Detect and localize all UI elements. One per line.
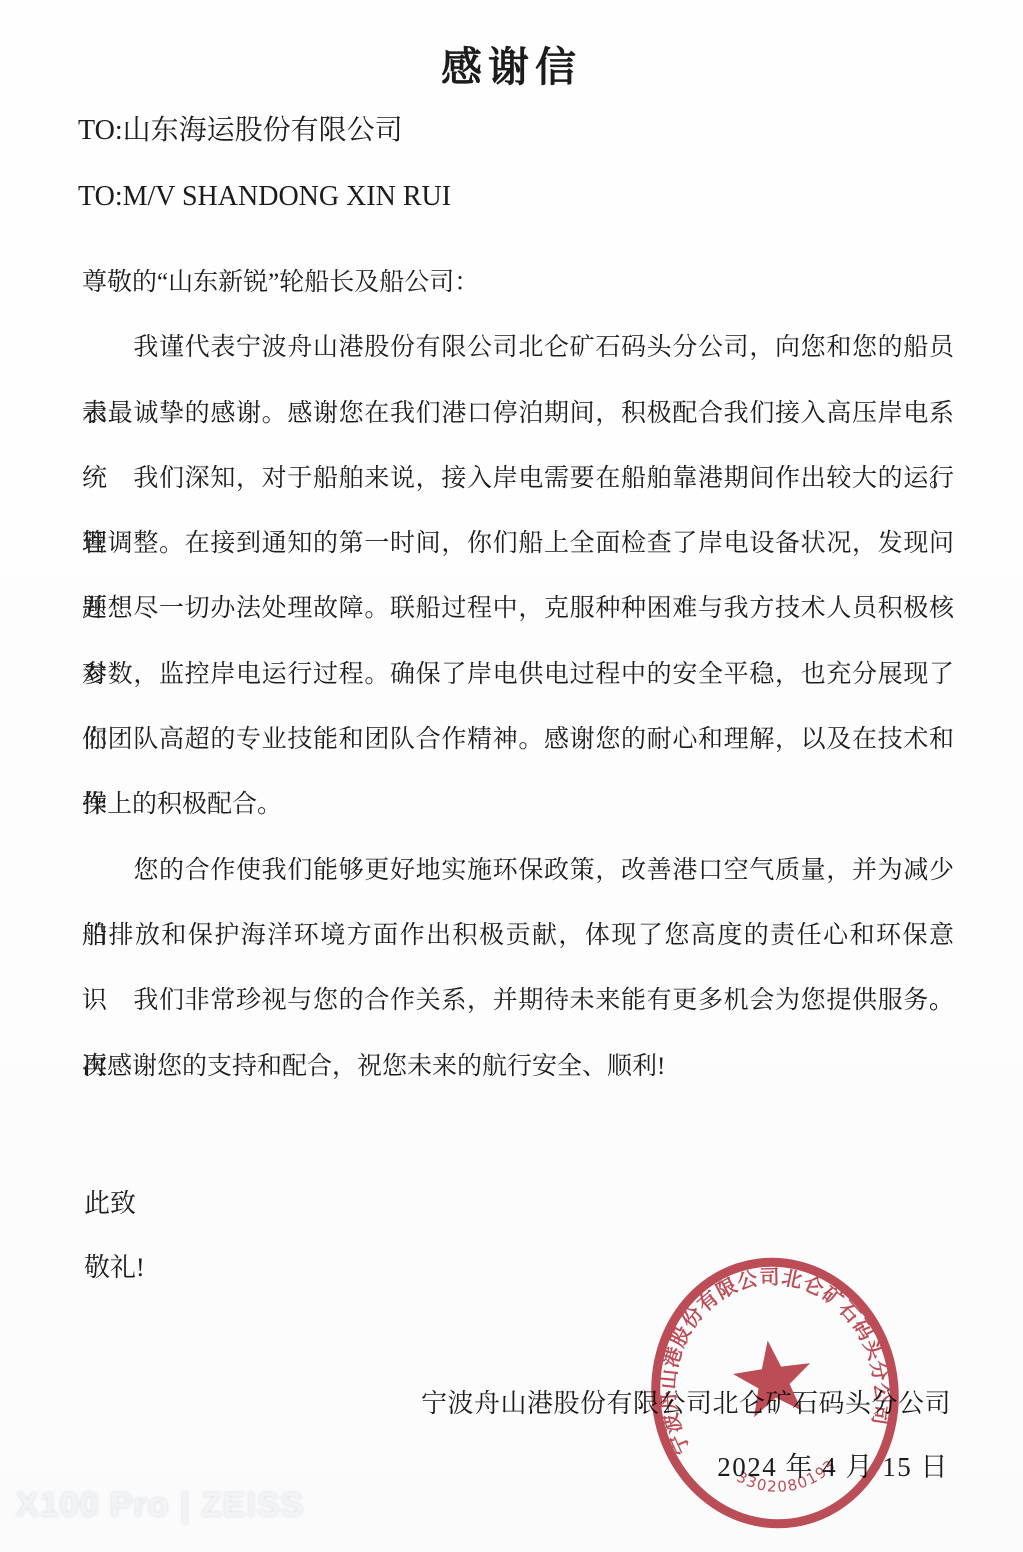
- star-icon: [729, 1335, 817, 1419]
- recipient-line-vessel: TO:M/V SHANDONG XIN RUI: [78, 164, 451, 230]
- seal-graphic: 宁波舟山港股份有限公司北仑矿石码头分公司 3302080193: [621, 1231, 929, 1552]
- camera-watermark: X100 Pro | ZEISS: [16, 1486, 304, 1525]
- closing-salute: 此致: [84, 1172, 145, 1236]
- body-line: 们团队高超的专业技能和团队合作精神。感谢您的耐心和理解，以及在技术和操: [82, 707, 954, 772]
- body-line: 我谨代表宁波舟山港股份有限公司北仑矿石码头分公司，向您和您的船员表: [82, 315, 954, 380]
- body-line: 我们深知，对于船舶来说，接入岸电需要在船舶靠港期间作出较大的运行管: [82, 446, 954, 511]
- body-line: 示最诚挚的感谢。感谢您在我们港口停泊期间，积极配合我们接入高压岸电系统。: [82, 381, 954, 446]
- body-line: 舶排放和保护海洋环境方面作出积极贡献，体现了您高度的责任心和环保意识。: [82, 903, 954, 968]
- body-line: 并想尽一切办法处理故障。联船过程中，克服种种困难与我方技术人员积极核对: [82, 576, 954, 641]
- recipient-block: TO:山东海运股份有限公司 TO:M/V SHANDONG XIN RUI: [78, 98, 451, 230]
- body-line: 我们非常珍视与您的合作关系，并期待未来能有更多机会为您提供服务。再: [82, 968, 954, 1033]
- letter-title: 感谢信: [0, 34, 1023, 93]
- company-seal-stamp: 宁波舟山港股份有限公司北仑矿石码头分公司 3302080193: [621, 1231, 929, 1552]
- body-line: 理调整。在接到通知的第一时间，你们船上全面检查了岸电设备状况，发现问题: [82, 511, 954, 576]
- body-line: 作上的积极配合。: [82, 772, 954, 837]
- closing-regards: 敬礼!: [84, 1236, 145, 1300]
- closing-block: 此致 敬礼!: [84, 1172, 145, 1300]
- recipient-line-company: TO:山东海运股份有限公司: [78, 98, 451, 164]
- letter-body: 尊敬的“山东新锐”轮船长及船公司： 我谨代表宁波舟山港股份有限公司北仑矿石码头分…: [82, 250, 954, 1099]
- letter-page: 感谢信 TO:山东海运股份有限公司 TO:M/V SHANDONG XIN RU…: [0, 0, 1023, 1552]
- body-line: 参数，监控岸电运行过程。确保了岸电供电过程中的安全平稳，也充分展现了你: [82, 642, 954, 707]
- seal-serial-number: 3302080193: [732, 1454, 843, 1502]
- seal-serial-holder: 3302080193: [732, 1454, 843, 1502]
- salutation-line: 尊敬的“山东新锐”轮船长及船公司：: [82, 250, 954, 315]
- body-line: 您的合作使我们能够更好地实施环保政策，改善港口空气质量，并为减少船: [82, 838, 954, 903]
- body-line: 次感谢您的支持和配合，祝您未来的航行安全、顺利!: [82, 1034, 954, 1099]
